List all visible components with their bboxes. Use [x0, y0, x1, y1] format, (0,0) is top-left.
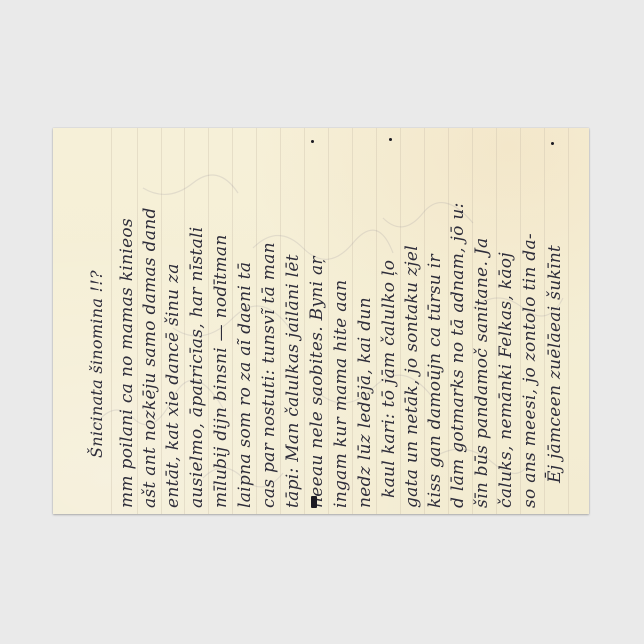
ruled-line	[376, 128, 377, 514]
letter-line: nedz lūz ledējā, kai dun	[357, 297, 374, 508]
letter-line: šīn būs pandamoč sanitane. Ja	[474, 238, 491, 508]
ruled-line	[400, 128, 401, 514]
ruled-line	[280, 128, 281, 514]
letter-line: gata un netāk, jo sontaku zjel	[404, 245, 421, 508]
letter-line: ausielmo, āpatricīas, har nīstali	[189, 226, 206, 508]
letter-line: mīlubij dijn binsni — nodītman	[213, 234, 230, 508]
ruled-line	[568, 128, 569, 514]
ruled-line	[352, 128, 353, 514]
letter-line: Ēj jāmceen zuēlāeai šukīnt	[547, 245, 564, 483]
ruled-line	[328, 128, 329, 514]
ruled-line	[256, 128, 257, 514]
ruled-line	[184, 128, 185, 514]
letter-line: mm poilani ca no mamas kinieos	[119, 218, 136, 508]
ink-dot	[311, 140, 314, 143]
letter-line: so ans meesi, jo zontolo tin da-	[522, 233, 539, 508]
ruled-line	[304, 128, 305, 514]
ruled-line	[111, 128, 112, 514]
letter-line: Šnicinata šinomina !!?	[89, 270, 105, 458]
ink-blot	[311, 496, 317, 508]
ruled-line	[137, 128, 138, 514]
letter-line: čaluks, nemānki Felkas, kāoj	[498, 252, 515, 508]
letter-line: ašt ant nozkēju samo damas dand	[142, 207, 159, 508]
ink-dot	[389, 138, 392, 141]
letter-line: d lām gotmarks no tā adnam, jō u:	[450, 202, 467, 508]
letter-line: tāpi: Man čalulkas jailāni lēt	[285, 254, 302, 508]
ruled-line	[208, 128, 209, 514]
ink-dot	[551, 142, 554, 145]
letter-line: neeau nele saobites. Byni aŗ	[309, 256, 326, 508]
letter-line: cas par nostuti: tunsvĩ tā man	[261, 242, 278, 508]
letter-line: ingam kur mama hite aan	[333, 280, 350, 508]
letter-line: kiss gan damoūjn ca tūrsu ir	[427, 254, 444, 508]
ruled-line	[161, 128, 162, 514]
document-viewer: Šnicinata šinomina !!? mm poilani ca no …	[0, 0, 644, 644]
letter-line: entāt, kat xie dancē šinu za	[165, 263, 182, 508]
letter-page: Šnicinata šinomina !!? mm poilani ca no …	[53, 128, 589, 514]
letter-line: kaul kari: tō jām čalulko ļo	[381, 260, 398, 498]
ruled-line	[232, 128, 233, 514]
letter-line: laipna som ro za aĩ daeni tā	[237, 262, 254, 508]
